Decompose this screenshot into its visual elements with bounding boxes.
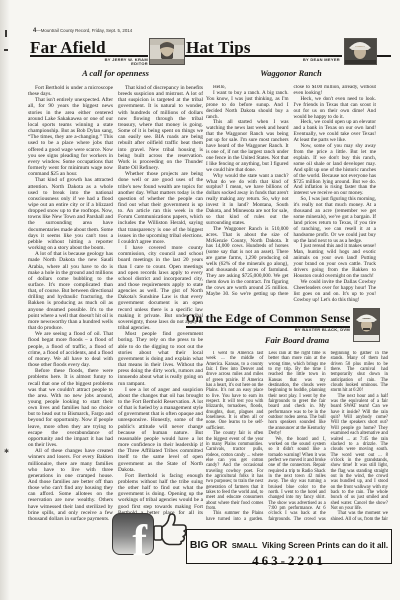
far-afield-headline: A call for openness [28,68,203,78]
article-paragraph: That isn't entirely unexpected. After al… [28,97,113,177]
common-sense-title: On the Edge of Common Sense [186,311,350,326]
far-afield-body: Fort Berthold is under a microscope thes… [28,85,203,555]
far-afield-byline: BY JERRY W. KRAM EDITOR [60,58,148,67]
article-paragraph: That kind of growth has attracted attent… [28,177,113,251]
article-paragraph: Whether those projects are being done we… [118,171,203,245]
meyer-portrait-photo [344,38,377,65]
article-paragraph: The next hour and a half was the equival… [331,394,388,512]
article-paragraph: A lot of that is because geology has mad… [28,251,113,331]
scan-artifact: ✱ [4,449,9,455]
article-paragraph: Heck, we don't even need to look. I've f… [294,97,377,121]
ad-line1: BIG OR SMALL Viking Screen Prints can do… [187,535,391,553]
newspaper-page: ✱ 4—Mountrail County Record, Friday, Sep… [0,0,400,600]
hat-tips-rule-right [377,55,391,57]
ad-rest-text: Viking Screen Prints can do it all. [262,541,388,550]
article-paragraph: All of these changes have created winner… [28,448,113,522]
scan-edge-shadow [0,0,10,600]
article-paragraph: The county fair is often the biggest eve… [206,431,263,511]
article-paragraph: So, I was just figuring this morning, it… [294,197,377,244]
article-paragraph: Before these floods, there were problems… [28,368,113,448]
ad-big-text: BIG OR [190,539,227,551]
article-paragraph: Fort Berthold is under a microscope thes… [28,85,113,97]
thumbs-up-icon [152,510,190,557]
article-paragraph: That kind of discrepancy in benefits bre… [118,85,203,171]
folio-line: 4—Mountrail County Record, Friday, Sept.… [33,28,132,34]
far-afield-byline-title: EDITOR [131,61,148,66]
article-paragraph: Now, some of you may shy away from the p… [294,144,377,197]
kram-portrait-photo [149,38,185,65]
article-paragraph: I went to America last week ... the midd… [206,351,263,431]
article-paragraph: I see a lot of anger and suspicion about… [118,387,203,473]
ad-phone-number: 463-2201 [187,553,391,569]
ad-viking-screen-prints: BIG OR SMALL Viking Screen Prints can do… [186,529,392,564]
hat-tips-body: Hello,I want to buy a ranch. A big ranch… [206,85,376,309]
facebook-f-letter: f [132,515,147,566]
folio-text: —Mountrail County Record, Friday, Sept. … [36,28,132,33]
scan-artifact [5,30,7,37]
article-paragraph: We could invite the Dallas Cowboy Cheerl… [294,280,377,304]
article-paragraph: Why would the state want a ranch? What d… [206,174,289,227]
article-paragraph: I want to buy a ranch. A big ranch. You … [206,91,289,121]
hat-tips-headline: Waggonor Ranch [206,68,376,78]
common-sense-body: I went to America last week ... the midd… [206,351,388,527]
scan-artifact [4,49,8,51]
article-paragraph: Most people find government boring. They… [118,331,203,386]
facebook-logo-icon: f [112,513,154,555]
article-paragraph: This all started when I was watching the… [206,120,289,173]
common-sense-byline: BY BAXTER BLACK, DVM [262,328,350,333]
article-paragraph: Heck, we could open up an elevator and a… [294,120,377,144]
article-paragraph: I just reread this and it makes sense! M… [294,244,377,279]
article-paragraph: We are seeing a flood of oil. That flood… [28,331,113,368]
common-sense-headline: Fair Board drama [206,335,388,345]
ad-small-text: SMALL [232,541,258,550]
hat-tips-byline: BY DEAN MEYER [252,58,340,63]
